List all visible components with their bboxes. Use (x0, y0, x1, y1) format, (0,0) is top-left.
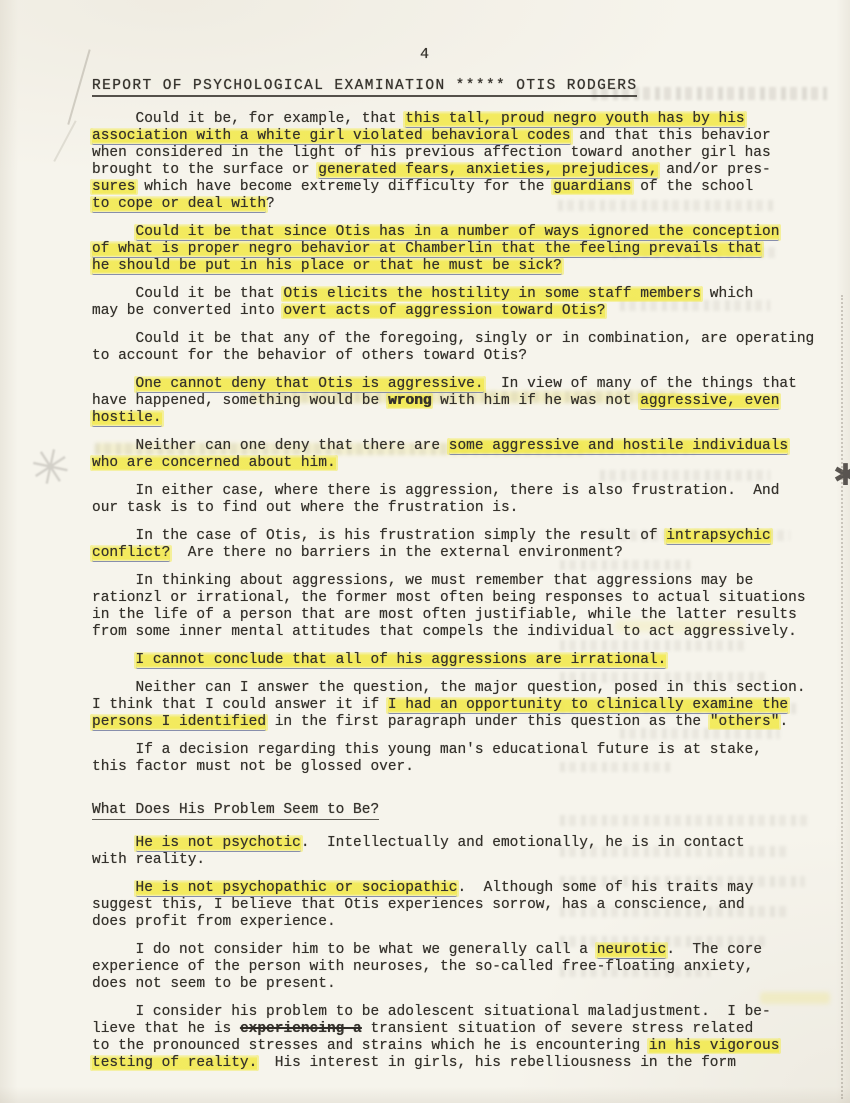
report-header: REPORT OF PSYCHOLOGICAL EXAMINATION ****… (92, 78, 637, 97)
text-run (92, 224, 136, 240)
text-line: He is not psychotic. Intellectually and … (92, 835, 798, 852)
highlighted-text: some aggressive and hostile individuals (449, 438, 788, 455)
highlighted-text: sures (92, 179, 136, 195)
text-line: Neither can I answer the question, the m… (92, 680, 798, 697)
text-run: to the pronounced stresses and strains w… (92, 1038, 649, 1054)
highlighted-text: persons I identified (92, 714, 266, 731)
document-page: ✳ ✱ 4 REPORT OF PSYCHOLOGICAL EXAMINATIO… (0, 0, 850, 1103)
highlighted-text: generated fears, anxieties, prejudices, (318, 162, 657, 179)
text-run: In the case of Otis, is his frustration … (92, 528, 666, 544)
paragraph: I do not consider him to be what we gene… (92, 942, 798, 993)
paragraph: Could it be that any of the foregoing, s… (92, 331, 798, 365)
text-line: of what is proper negro behavior at Cham… (92, 241, 798, 258)
text-line: I cannot conclude that all of his aggres… (92, 652, 798, 669)
paragraph: Could it be, for example, that this tall… (92, 111, 798, 213)
text-run: this factor must not be glossed over. (92, 759, 414, 775)
text-line: Could it be that Otis elicits the hostil… (92, 286, 798, 303)
paragraph: In the case of Otis, is his frustration … (92, 528, 798, 562)
paper-crease (53, 120, 76, 161)
text-line: does not seem to be present. (92, 976, 798, 993)
text-line: to cope or deal with? (92, 196, 798, 213)
text-run: from some inner mental attitudes that co… (92, 624, 797, 640)
text-run: Neither can one deny that there are (92, 438, 449, 454)
text-run: If a decision regarding this young man's… (92, 742, 762, 758)
text-line: with reality. (92, 852, 798, 869)
text-line: to account for the behavior of others to… (92, 348, 798, 365)
text-run: . Although some of his traits may (457, 880, 753, 896)
highlighted-text: guardians (553, 179, 631, 195)
highlighted-text: I cannot conclude that all of his aggres… (136, 652, 667, 669)
text-line: Neither can one deny that there are some… (92, 438, 798, 455)
highlighted-text: "others" (710, 714, 780, 730)
text-line: If a decision regarding this young man's… (92, 742, 798, 759)
text-run: our task is to find out where the frustr… (92, 500, 518, 516)
text-run: have happened, something would be (92, 393, 388, 409)
text-run: ? (266, 196, 275, 212)
text-run: . (779, 714, 788, 730)
highlighted-text: overt acts of aggression toward Otis? (283, 303, 605, 319)
text-line: In thinking about aggressions, we must r… (92, 573, 798, 590)
text-line: from some inner mental attitudes that co… (92, 624, 798, 641)
report-text: Could it be, for example, that this tall… (92, 111, 798, 1072)
text-run (92, 652, 136, 668)
highlighted-text: in his vigorous (649, 1038, 780, 1054)
text-run: rationzl or irrational, the former most … (92, 590, 806, 606)
text-line: does profit from experience. (92, 914, 798, 931)
highlighted-text: I had an opportunity to clinically exami… (388, 697, 788, 714)
text-run: with him if he was not (431, 393, 640, 409)
text-line: to the pronounced stresses and strains w… (92, 1038, 798, 1055)
text-run: In either case, where there is aggressio… (92, 483, 779, 499)
highlighted-text: wrong (388, 393, 432, 409)
text-line: testing of reality. His interest in girl… (92, 1055, 798, 1072)
text-line: this factor must not be glossed over. (92, 759, 798, 776)
text-run: . Intellectually and emotionally, he is … (301, 835, 745, 851)
text-line: hostile. (92, 410, 798, 427)
highlighted-text: Otis elicits the hostility in some staff… (283, 286, 701, 302)
text-line: may be converted into overt acts of aggr… (92, 303, 798, 320)
document-body: REPORT OF PSYCHOLOGICAL EXAMINATION ****… (92, 34, 798, 1083)
text-run: In view of many of the things that (484, 376, 797, 392)
text-line: In the case of Otis, is his frustration … (92, 528, 798, 545)
paragraph: I consider his problem to be adolescent … (92, 1004, 798, 1072)
highlighted-text: aggressive, even (640, 393, 779, 410)
text-line: Could it be that any of the foregoing, s… (92, 331, 798, 348)
text-line: I think that I could answer it if I had … (92, 697, 798, 714)
paragraph: He is not psychotic. Intellectually and … (92, 835, 798, 869)
text-run: lieve that he is (92, 1021, 240, 1037)
highlighted-text: this tall, proud negro youth has by his (405, 111, 744, 128)
highlighted-text: He is not psychotic (136, 835, 301, 852)
highlighted-text: One cannot deny that Otis is aggressive. (136, 376, 484, 393)
highlighted-text: who are concerned about him. (92, 455, 336, 471)
highlighted-text: intrapsychic (666, 528, 770, 545)
text-line: have happened, something would be wrong … (92, 393, 798, 410)
highlighted-text: association with a white girl violated b… (92, 128, 571, 145)
paragraph: If a decision regarding this young man's… (92, 742, 798, 776)
text-line: brought to the surface or generated fear… (92, 162, 798, 179)
text-run: I think that I could answer it if (92, 697, 388, 713)
highlighted-text: testing of reality. (92, 1055, 257, 1071)
highlighted-text: he should be put in his place or that he… (92, 258, 562, 275)
text-run: does not seem to be present. (92, 976, 336, 992)
text-line: I consider his problem to be adolescent … (92, 1004, 798, 1021)
paragraph: Could it be that Otis elicits the hostil… (92, 286, 798, 320)
paragraph: Could it be that since Otis has in a num… (92, 224, 798, 275)
text-run: experience of the person with neuroses, … (92, 959, 753, 975)
highlighted-text: to cope or deal with (92, 196, 266, 213)
text-line: Could it be that since Otis has in a num… (92, 224, 798, 241)
section-heading: What Does His Problem Seem to Be? (92, 802, 379, 820)
text-run: may be converted into (92, 303, 283, 319)
text-line: persons I identified in the first paragr… (92, 714, 798, 731)
highlighted-text: of what is proper negro behavior at Cham… (92, 241, 762, 258)
text-run: I do not consider him to be what we gene… (92, 942, 597, 958)
text-run: does profit from experience. (92, 914, 336, 930)
highlighted-text: hostile. (92, 410, 162, 427)
text-run: transient situation of severe stress rel… (362, 1021, 754, 1037)
text-line: sures which have become extremely diffic… (92, 179, 798, 196)
paragraph: He is not psychopathic or sociopathic. A… (92, 880, 798, 931)
text-line: in the life of a person that are most of… (92, 607, 798, 624)
text-run: to account for the behavior of others to… (92, 348, 527, 364)
text-line: In either case, where there is aggressio… (92, 483, 798, 500)
text-line: our task is to find out where the frustr… (92, 500, 798, 517)
pencil-star-annotation: ✳ (25, 436, 76, 499)
highlighted-text: neurotic (597, 942, 667, 959)
text-run: Neither can I answer the question, the m… (92, 680, 806, 696)
text-run: His interest in girls, his rebelliousnes… (257, 1055, 736, 1071)
struck-text: experiencing a (240, 1021, 362, 1037)
text-line: One cannot deny that Otis is aggressive.… (92, 376, 798, 393)
text-line: rationzl or irrational, the former most … (92, 590, 798, 607)
text-run: with reality. (92, 852, 205, 868)
text-line: I do not consider him to be what we gene… (92, 942, 798, 959)
text-run: In thinking about aggressions, we must r… (92, 573, 753, 589)
text-run: in the life of a person that are most of… (92, 607, 797, 623)
paragraph: Neither can one deny that there are some… (92, 438, 798, 472)
text-run (92, 376, 136, 392)
text-line: suggest this, I believe that Otis experi… (92, 897, 798, 914)
text-line: He is not psychopathic or sociopathic. A… (92, 880, 798, 897)
text-line: conflict? Are there no barriers in the e… (92, 545, 798, 562)
text-line: he should be put in his place or that he… (92, 258, 798, 275)
highlighted-text: conflict? (92, 545, 170, 562)
text-line: association with a white girl violated b… (92, 128, 798, 145)
paragraph: Neither can I answer the question, the m… (92, 680, 798, 731)
text-run: and that this behavior (571, 128, 771, 144)
text-line: experience of the person with neuroses, … (92, 959, 798, 976)
text-run: and/or pres- (658, 162, 771, 178)
text-run: suggest this, I believe that Otis experi… (92, 897, 745, 913)
paragraph: In either case, where there is aggressio… (92, 483, 798, 517)
text-run: Could it be that (92, 286, 283, 302)
highlighted-text: Could it be that since Otis has in a num… (136, 224, 780, 241)
text-run: Could it be that any of the foregoing, s… (92, 331, 814, 347)
paragraph: I cannot conclude that all of his aggres… (92, 652, 798, 669)
text-run: . The core (666, 942, 762, 958)
text-line: when considered in the light of his prev… (92, 145, 798, 162)
paragraph: In thinking about aggressions, we must r… (92, 573, 798, 641)
text-run: I consider his problem to be adolescent … (92, 1004, 771, 1020)
text-run (92, 835, 136, 851)
text-run (92, 880, 136, 896)
text-run: Are there no barriers in the external en… (170, 545, 622, 561)
text-run: Could it be, for example, that (92, 111, 405, 127)
text-run: brought to the surface or (92, 162, 318, 178)
text-run: of the school (632, 179, 754, 195)
highlighted-text: He is not psychopathic or sociopathic (136, 880, 458, 897)
scan-edge-line (841, 295, 843, 1099)
paragraph: One cannot deny that Otis is aggressive.… (92, 376, 798, 427)
text-run: when considered in the light of his prev… (92, 145, 771, 161)
text-line: Could it be, for example, that this tall… (92, 111, 798, 128)
text-run: which have become extremely difficulty f… (136, 179, 554, 195)
text-run: in the first paragraph under this questi… (266, 714, 710, 730)
text-run: which (701, 286, 753, 302)
text-line: lieve that he is experiencing a transien… (92, 1021, 798, 1038)
text-line: who are concerned about him. (92, 455, 798, 472)
